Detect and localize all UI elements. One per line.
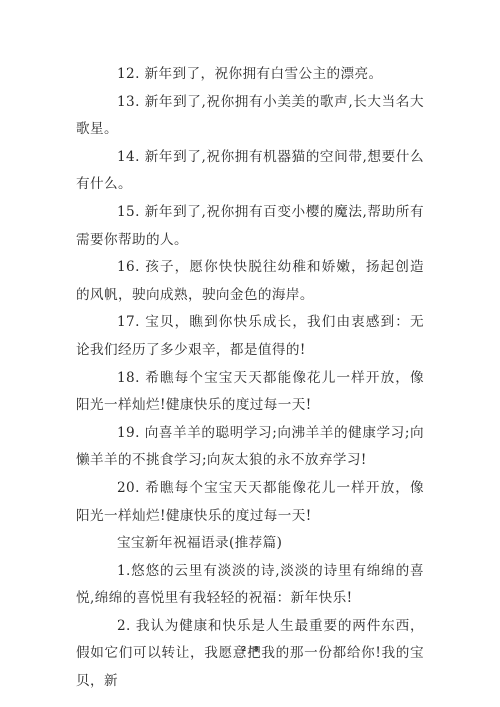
paragraph-r2: 2. 我认为健康和快乐是人生最重要的两件东西，假如它们可以转让，我愿意把我的那一…	[76, 613, 424, 696]
paragraph-20: 20. 希瞧每个宝宝天天都能像花儿一样开放，像阳光一样灿烂!健康快乐的度过每一天…	[76, 475, 424, 530]
paragraph-15: 15. 新年到了,祝你拥有百变小樱的魔法,帮助所有需要你帮助的人。	[76, 199, 424, 254]
section-heading: 宝宝新年祝福语录(推荐篇)	[76, 530, 424, 558]
paragraph-12: 12. 新年到了，祝你拥有白雪公主的漂亮。	[76, 61, 424, 89]
page-number: 2 / 8	[0, 645, 500, 653]
paragraph-19: 19. 向喜羊羊的聪明学习;向沸羊羊的健康学习;向懒羊羊的不挑食学习;向灰太狼的…	[76, 420, 424, 475]
paragraph-14: 14. 新年到了,祝你拥有机器猫的空间带,想要什么有什么。	[76, 144, 424, 199]
paragraph-13: 13. 新年到了,祝你拥有小美美的歌声,长大当名大歌星。	[76, 89, 424, 144]
paragraph-r1: 1.悠悠的云里有淡淡的诗,淡淡的诗里有绵绵的喜悦,绵绵的喜悦里有我轻轻的祝福：新…	[76, 558, 424, 613]
paragraph-18: 18. 希瞧每个宝宝天天都能像花儿一样开放，像阳光一样灿烂!健康快乐的度过每一天…	[76, 365, 424, 420]
paragraph-17: 17. 宝贝，瞧到你快乐成长，我们由衷感到：无论我们经历了多少艰辛，都是值得的!	[76, 309, 424, 364]
document-page: 12. 新年到了，祝你拥有白雪公主的漂亮。 13. 新年到了,祝你拥有小美美的歌…	[76, 61, 424, 696]
paragraph-16: 16. 孩子，愿你快快脱往幼稚和娇嫩，扬起创造的风帆，驶向成熟，驶向金色的海岸。	[76, 254, 424, 309]
